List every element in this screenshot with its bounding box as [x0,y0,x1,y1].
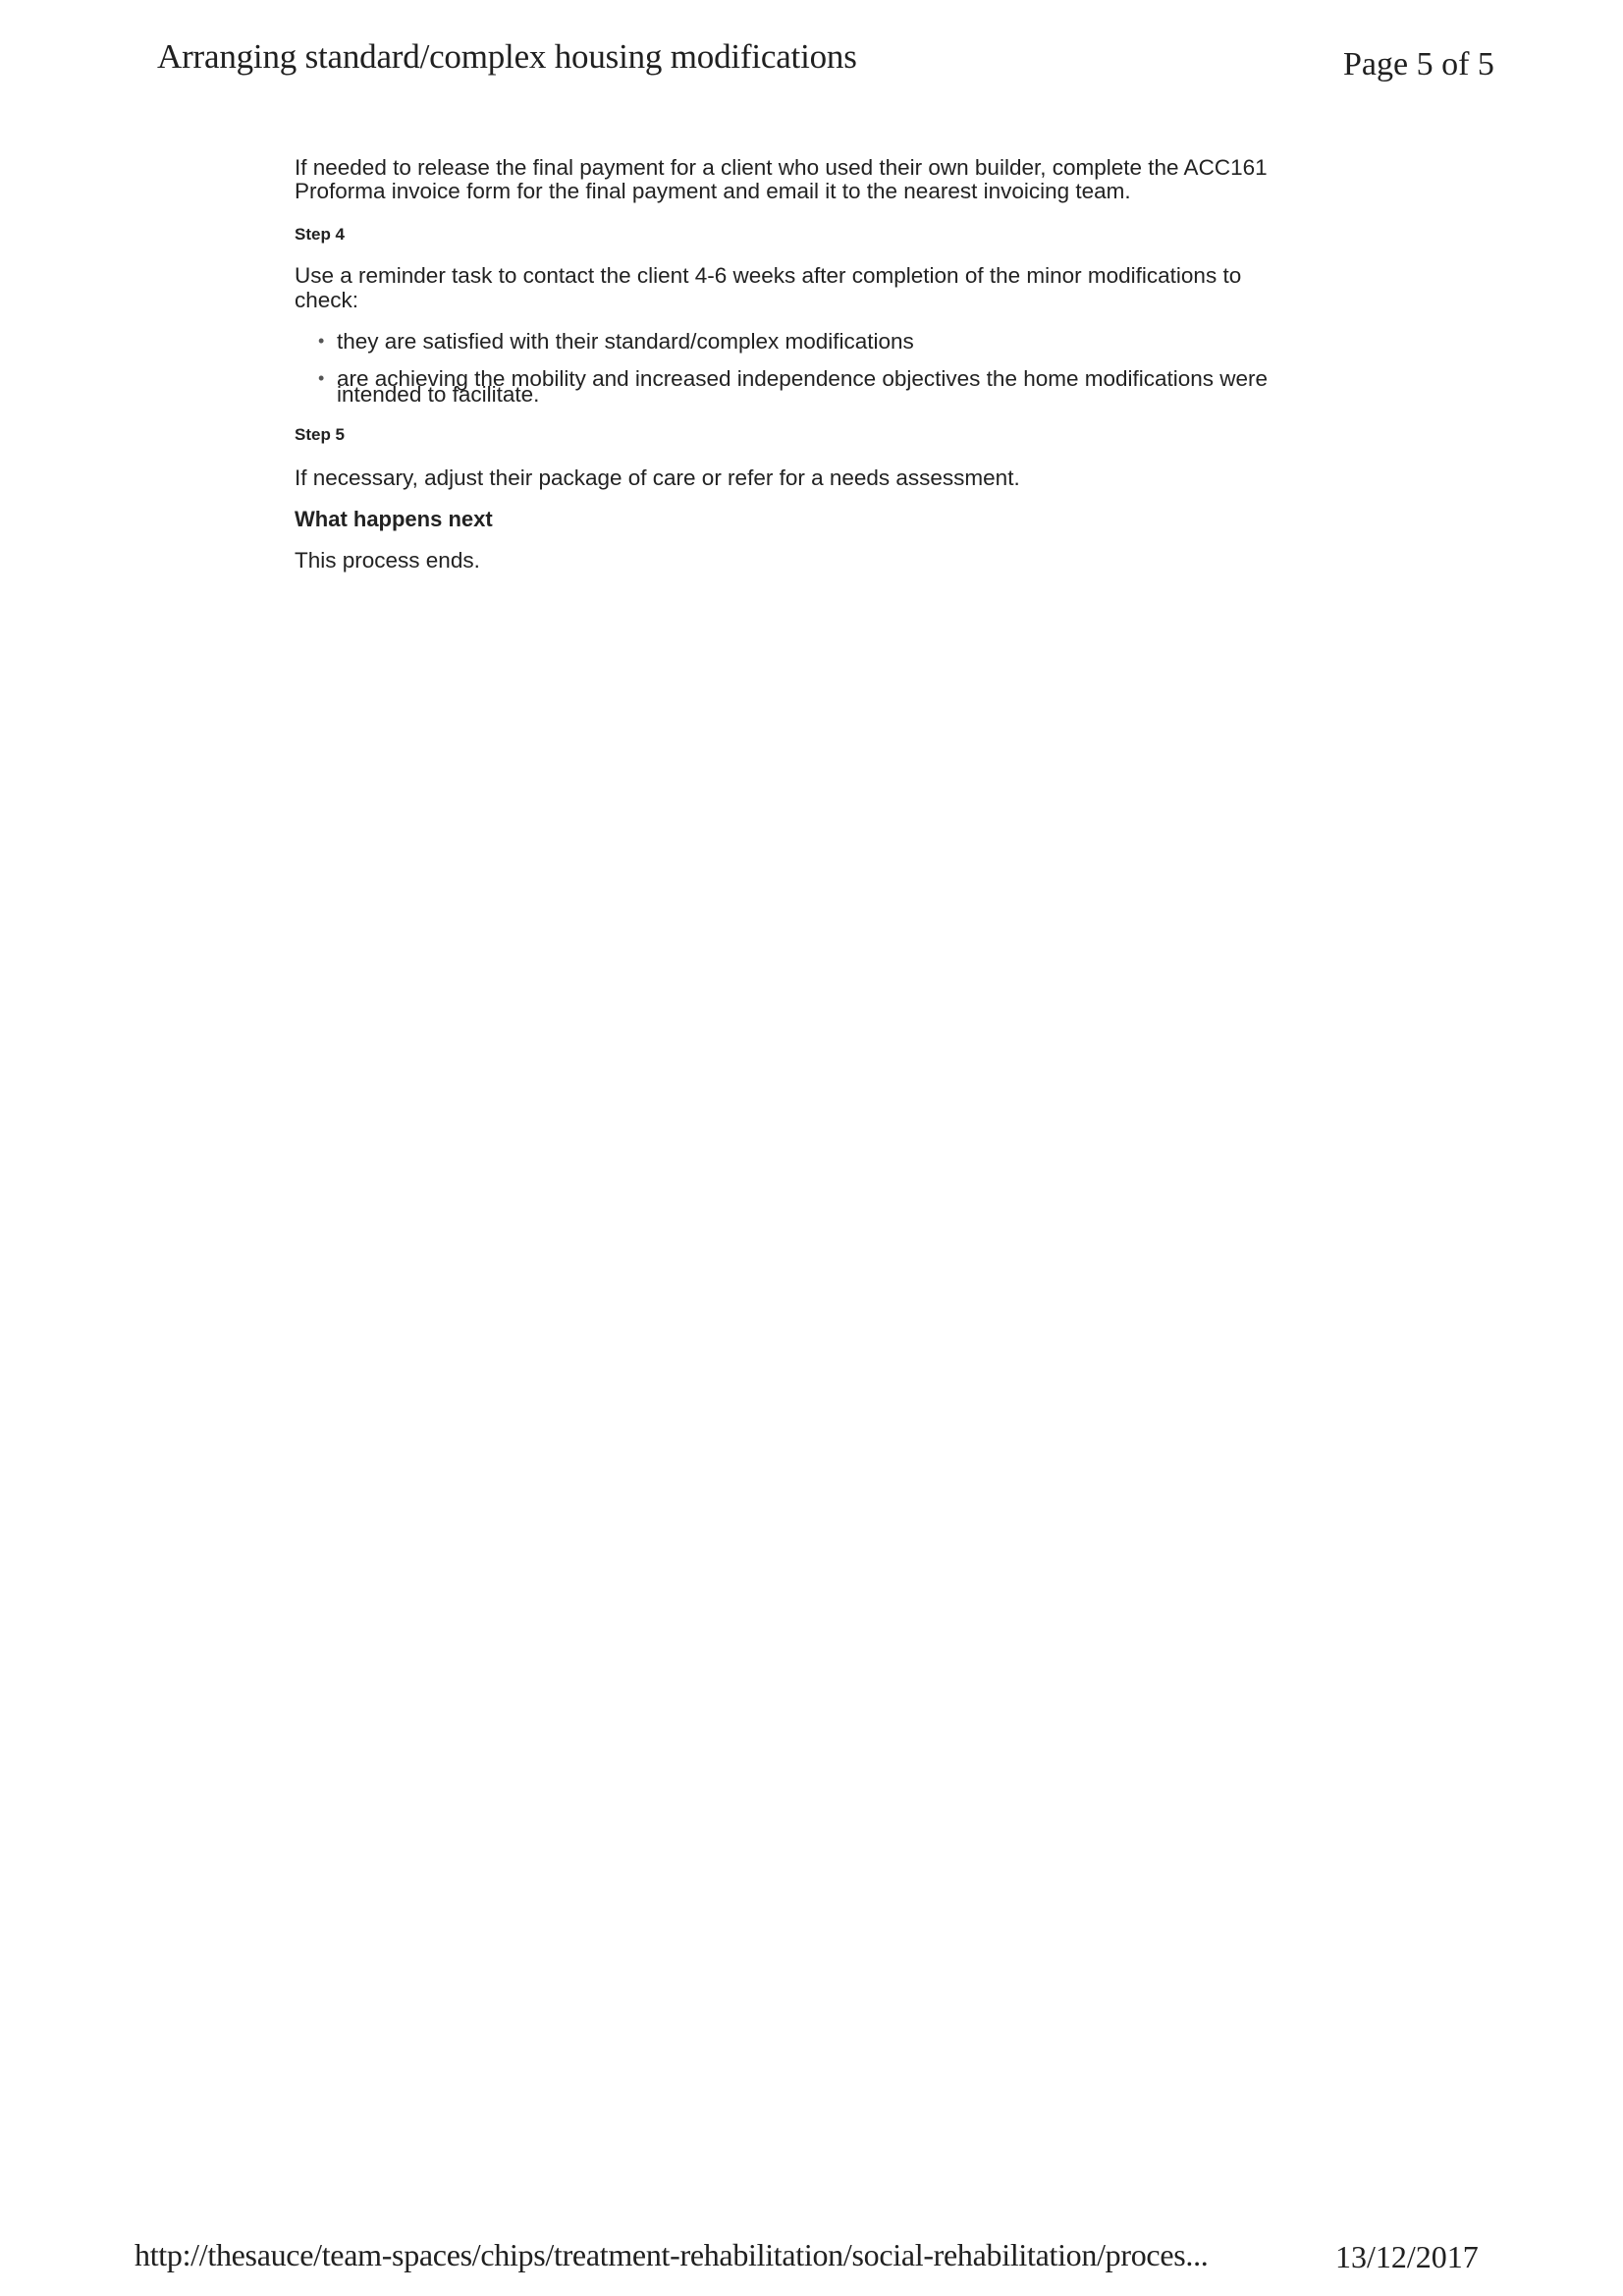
what-happens-next-text: This process ends. [295,548,480,573]
footer-url: http://thesauce/team-spaces/chips/treatm… [135,2237,1209,2273]
intro-paragraph-line-2: Proforma invoice form for the final paym… [295,179,1131,203]
bullet-icon: • [318,333,324,350]
step-4-text-line-1: Use a reminder task to contact the clien… [295,263,1241,288]
step-4-heading: Step 4 [295,225,345,245]
step-5-text: If necessary, adjust their package of ca… [295,465,1020,490]
list-item-text: they are satisfied with their standard/c… [337,333,914,350]
document-title: Arranging standard/complex housing modif… [157,37,857,77]
list-item-text-continued: intended to facilitate. [337,386,539,403]
step-5-heading: Step 5 [295,425,345,445]
bullet-icon: • [318,370,324,387]
what-happens-next-heading: What happens next [295,507,493,532]
intro-paragraph-line-1: If needed to release the final payment f… [295,155,1268,180]
step-4-text-line-2: check: [295,288,358,312]
footer-date: 13/12/2017 [1335,2239,1479,2275]
page-indicator: Page 5 of 5 [1343,46,1494,83]
